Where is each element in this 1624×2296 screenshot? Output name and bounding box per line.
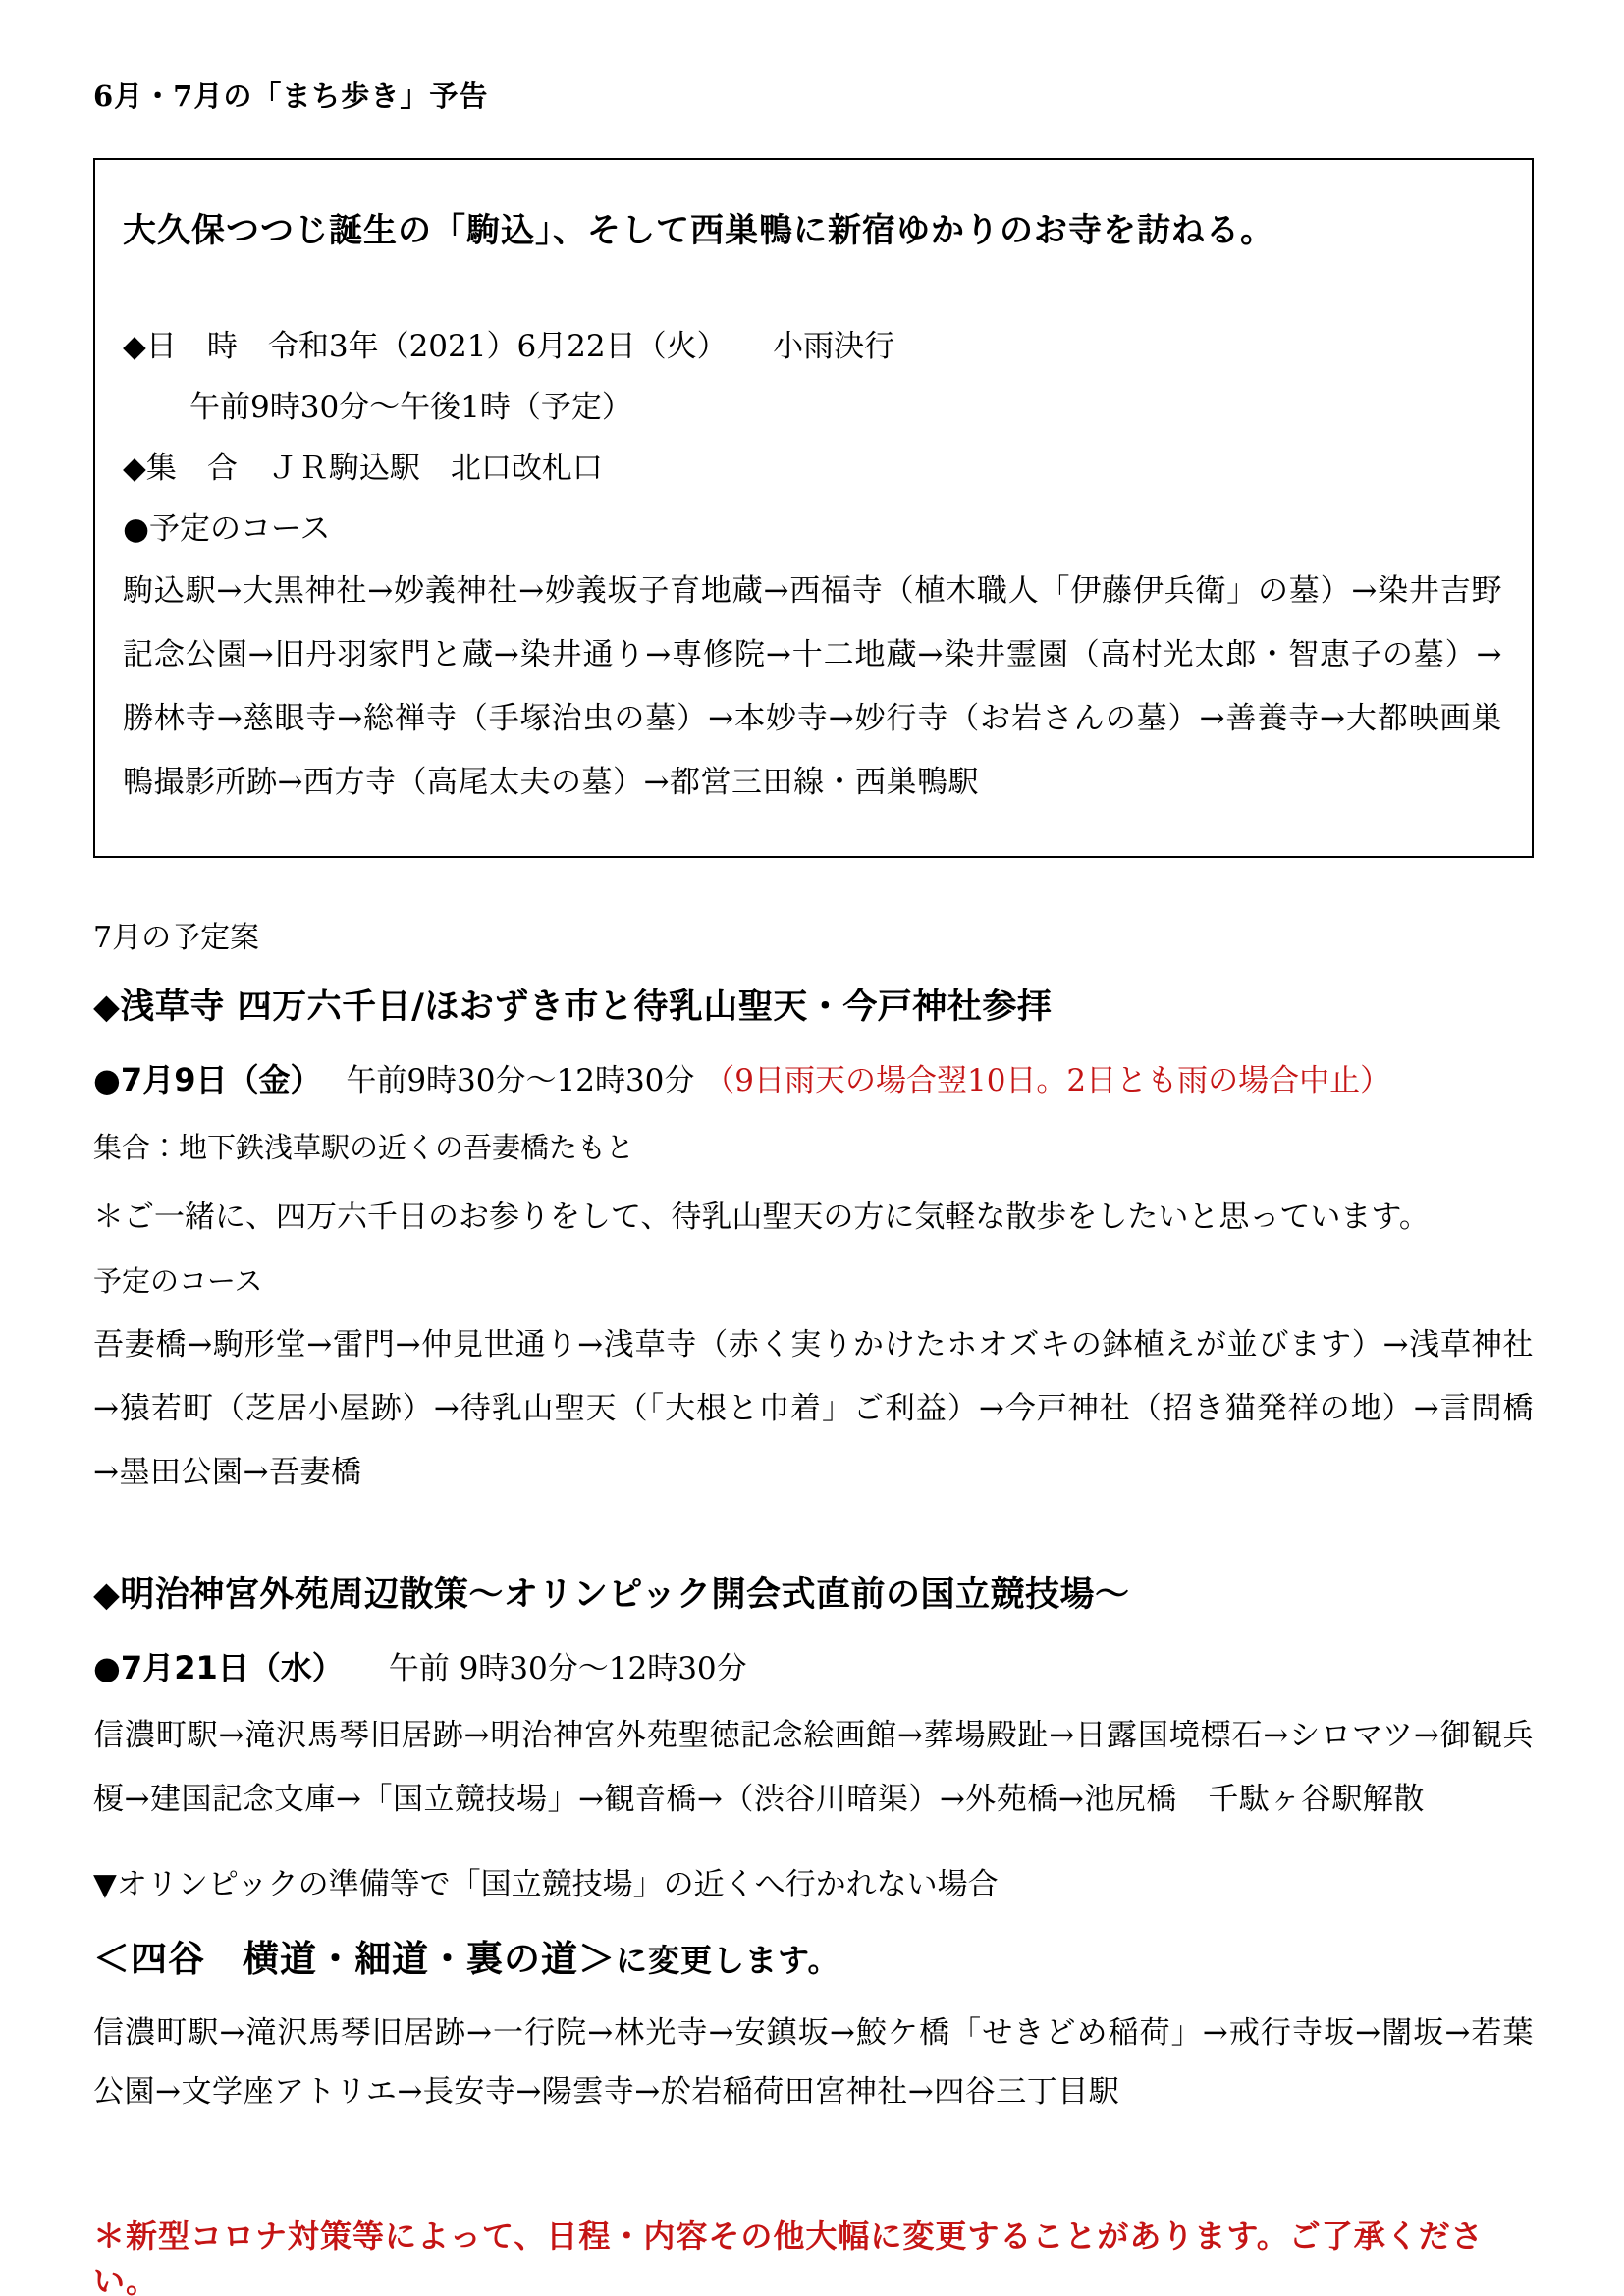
gaien-event-block: ◆明治神宮外苑周辺散策～オリンピック開会式直前の国立競技場～ ●7月21日（水）…: [93, 1568, 1534, 2121]
asakusa-note-line: ＊ご一緒に、四万六千日のお参りをして、待乳山聖天の方に気軽な散歩をしたいと思って…: [93, 1192, 1534, 1236]
asakusa-date-line: ●7月9日（金） 午前9時30分～12時30分 （9日雨天の場合翌10日。2日と…: [93, 1058, 1534, 1102]
june-event-meeting-line: ◆集 合 ＪＲ駒込駅 北口改札口: [123, 438, 1502, 499]
june-event-headline: 大久保つつじ誕生の「駒込」、そして西巣鴨に新宿ゆかりのお寺を訪ねる。: [123, 203, 1502, 251]
asakusa-time: 午前9時30分～12時30分: [305, 1063, 704, 1098]
asakusa-date: ●7月9日（金）: [93, 1061, 305, 1098]
yotsuya-course: 信濃町駅→滝沢馬琴旧居跡→一行院→林光寺→安鎮坂→鮫ケ橋「せきどめ稲荷」→戒行寺…: [93, 2003, 1534, 2121]
asakusa-event-headline: ◆浅草寺 四万六千日/ほおずき市と待乳山聖天・今戸神社参拝: [93, 980, 1534, 1029]
gaien-date: ●7月21日（水）: [93, 1649, 328, 1686]
gaien-time: 午前 9時30分～12時30分: [328, 1651, 747, 1686]
covid-notice: ＊新型コロナ対策等によって、日程・内容その他大幅に変更することがあります。ご了承…: [93, 2212, 1534, 2296]
page-title: 6月・7月の「まち歩き」予告: [93, 75, 1534, 115]
yotsuya-route-name: ＜四谷 横道・細道・裏の道＞: [93, 1938, 616, 1980]
yotsuya-change-headline: ＜四谷 横道・細道・裏の道＞に変更します。: [93, 1929, 1534, 1982]
document-page: 6月・7月の「まち歩き」予告 大久保つつじ誕生の「駒込」、そして西巣鴨に新宿ゆか…: [0, 0, 1624, 2296]
june-event-course-label: ●予定のコース: [123, 499, 1502, 560]
yotsuya-change-suffix: に変更します。: [616, 1942, 839, 1979]
june-event-box: 大久保つつじ誕生の「駒込」、そして西巣鴨に新宿ゆかりのお寺を訪ねる。 ◆日 時 …: [93, 158, 1534, 858]
asakusa-course-label: 予定のコース: [93, 1259, 1534, 1300]
june-event-date-line: ◆日 時 令和3年（2021）6月22日（火） 小雨決行: [123, 316, 1502, 377]
june-event-time-line: 午前9時30分～午後1時（予定）: [123, 377, 1502, 438]
asakusa-meeting-line: 集合：地下鉄浅草駅の近くの吾妻橋たもと: [93, 1126, 1534, 1166]
gaien-course: 信濃町駅→滝沢馬琴旧居跡→明治神宮外苑聖徳記念絵画館→葬場殿趾→日露国境標石→シ…: [93, 1704, 1534, 1832]
june-event-course: 駒込駅→大黒神社→妙義神社→妙義坂子育地蔵→西福寺（植木職人「伊藤伊兵衛」の墓）…: [123, 560, 1502, 815]
gaien-date-line: ●7月21日（水） 午前 9時30分～12時30分: [93, 1646, 1534, 1690]
asakusa-rain-note: （9日雨天の場合翌10日。2日とも雨の場合中止）: [704, 1063, 1390, 1098]
olympic-fallback-note: ▼オリンピックの準備等で「国立競技場」の近くへ行かれない場合: [93, 1859, 1534, 1903]
july-plan-label: 7月の予定案: [93, 913, 1534, 956]
gaien-event-headline: ◆明治神宮外苑周辺散策～オリンピック開会式直前の国立競技場～: [93, 1568, 1534, 1617]
asakusa-course: 吾妻橋→駒形堂→雷門→仲見世通り→浅草寺（赤く実りかけたホオズキの鉢植えが並びま…: [93, 1313, 1534, 1505]
